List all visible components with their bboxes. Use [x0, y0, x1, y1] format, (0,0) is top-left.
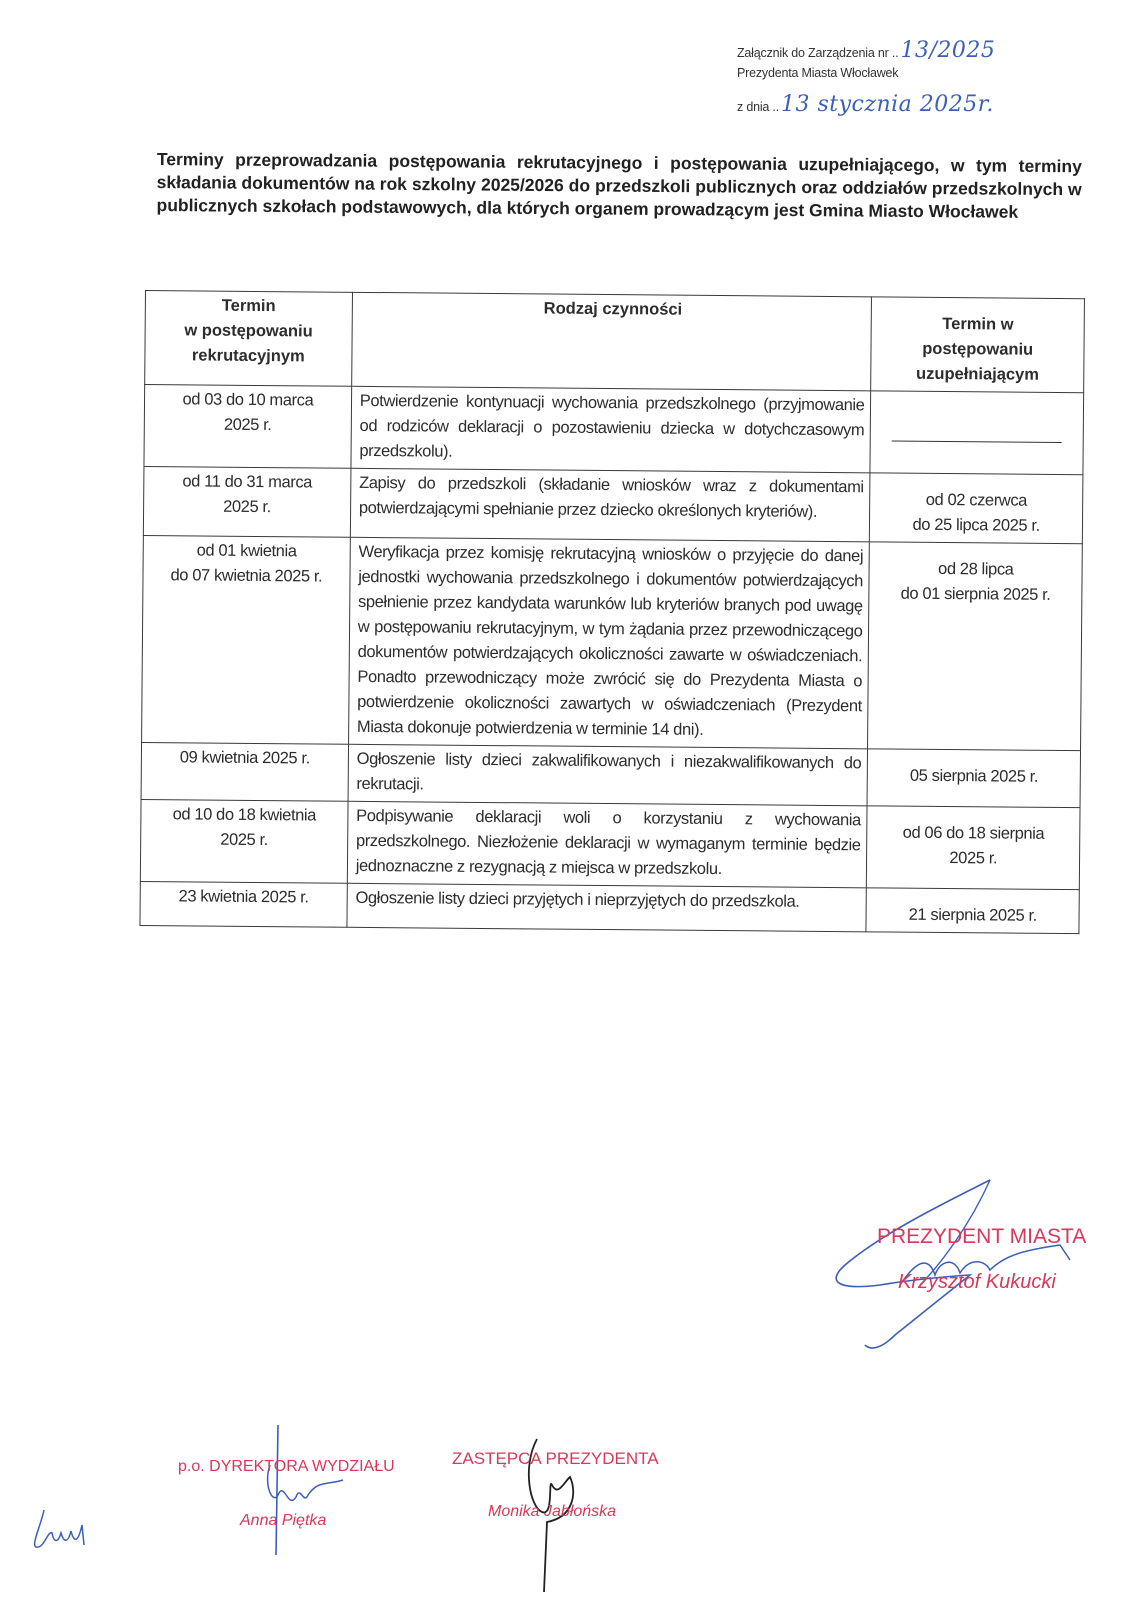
annex-ordinance-label: Załącznik do Zarządzenia nr ..: [737, 47, 898, 60]
table-row: od 11 do 31 marca2025 r.Zapisy do przeds…: [143, 466, 1083, 543]
director-signature-stamp: p.o. DYREKTORA WYDZIAŁU Anna Piętka: [178, 1450, 418, 1570]
deputy-title: ZASTĘPCA PREZYDENTA: [452, 1449, 659, 1469]
deputy-name: Monika Jabłońska: [488, 1503, 616, 1521]
director-name: Anna Piętka: [240, 1512, 326, 1530]
cell-recruitment-term: 23 kwietnia 2025 r.: [140, 881, 347, 927]
empty-term-dash: [892, 441, 1062, 443]
annex-ordinance-number: 13/2025: [900, 40, 995, 62]
mayor-name: Krzysztof Kukucki: [898, 1271, 1056, 1294]
cell-recruitment-term: 09 kwietnia 2025 r.: [141, 742, 348, 801]
header-activity-text: Rodzaj czynności: [544, 299, 683, 318]
cell-activity: Ogłoszenie listy dzieci zakwalifikowanyc…: [348, 744, 868, 806]
initials-scribble-icon: [26, 1505, 96, 1555]
mayor-signature-stamp: PREZYDENT MIASTA Krzysztof Kukucki: [820, 1165, 1110, 1355]
cell-supplementary-term: od 06 do 18 sierpnia2025 r.: [867, 806, 1080, 890]
table-row: od 01 kwietniado 07 kwietnia 2025 r.Wery…: [142, 535, 1083, 750]
annex-header: Załącznik do Zarządzenia nr .. 13/2025 P…: [737, 40, 995, 121]
header-activity: Rodzaj czynności: [351, 292, 871, 391]
header-supplementary-term-text: Termin wpostępowaniuuzupełniającym: [916, 315, 1039, 384]
annex-line-date: z dnia .. 13 stycznia 2025r.: [737, 94, 995, 121]
cell-activity: Zapisy do przedszkoli (składanie wnioskó…: [350, 468, 870, 542]
cell-recruitment-term: od 11 do 31 marca2025 r.: [143, 466, 350, 537]
mayor-title: PREZYDENT MIASTA: [877, 1225, 1086, 1249]
table-row: 09 kwietnia 2025 r.Ogłoszenie listy dzie…: [141, 742, 1080, 807]
cell-supplementary-term: od 28 lipcado 01 sierpnia 2025 r.: [868, 542, 1082, 751]
cell-supplementary-term: 05 sierpnia 2025 r.: [867, 749, 1080, 808]
cell-activity: Potwierdzenie kontynuacji wychowania prz…: [351, 386, 871, 473]
annex-date-value: 13 stycznia 2025r.: [781, 94, 994, 116]
annex-line-ordinance: Załącznik do Zarządzenia nr .. 13/2025: [737, 40, 995, 67]
annex-line-authority: Prezydenta Miasta Włocławek: [737, 67, 995, 94]
cell-supplementary-term: 21 sierpnia 2025 r.: [866, 888, 1079, 934]
table-row: od 10 do 18 kwietnia2025 r.Podpisywanie …: [140, 799, 1080, 889]
table-row: 23 kwietnia 2025 r.Ogłoszenie listy dzie…: [140, 881, 1079, 933]
cell-activity: Weryfikacja przez komisję rekrutacyjną w…: [348, 537, 869, 749]
cell-recruitment-term: od 10 do 18 kwietnia2025 r.: [140, 799, 347, 883]
annex-date-label: z dnia ..: [737, 101, 779, 114]
annex-authority-label: Prezydenta Miasta Włocławek: [737, 67, 898, 80]
deputy-signature-stamp: ZASTĘPCA PREZYDENTA Monika Jabłońska: [452, 1445, 692, 1585]
header-recruitment-term: Terminw postępowaniurekrutacyjnym: [145, 291, 353, 387]
header-supplementary-term: Termin wpostępowaniuuzupełniającym: [871, 297, 1084, 393]
table-row: od 03 do 10 marca2025 r.Potwierdzenie ko…: [144, 385, 1084, 475]
header-recruitment-term-text: Terminw postępowaniurekrutacyjnym: [184, 297, 312, 366]
director-scribble-icon: [178, 1425, 418, 1565]
director-title: p.o. DYREKTORA WYDZIAŁU: [178, 1458, 395, 1476]
table-body: od 03 do 10 marca2025 r.Potwierdzenie ko…: [140, 385, 1084, 934]
initials-signature: [26, 1505, 96, 1555]
cell-activity: Podpisywanie deklaracji woli o korzystan…: [347, 801, 867, 888]
cell-recruitment-term: od 03 do 10 marca2025 r.: [144, 385, 351, 469]
document-title: Terminy przeprowadzania postępowania rek…: [156, 148, 1082, 224]
signature-scribble-icon: [820, 1165, 1110, 1355]
cell-supplementary-term: od 02 czerwcado 25 lipca 2025 r.: [870, 473, 1083, 544]
cell-activity: Ogłoszenie listy dzieci przyjętych i nie…: [347, 883, 867, 932]
schedule-table-wrapper: Terminw postępowaniurekrutacyjnym Rodzaj…: [139, 290, 1085, 934]
schedule-table: Terminw postępowaniurekrutacyjnym Rodzaj…: [139, 290, 1085, 934]
cell-supplementary-term: [870, 391, 1083, 475]
table-header-row: Terminw postępowaniurekrutacyjnym Rodzaj…: [145, 291, 1085, 393]
cell-recruitment-term: od 01 kwietniado 07 kwietnia 2025 r.: [142, 535, 351, 744]
